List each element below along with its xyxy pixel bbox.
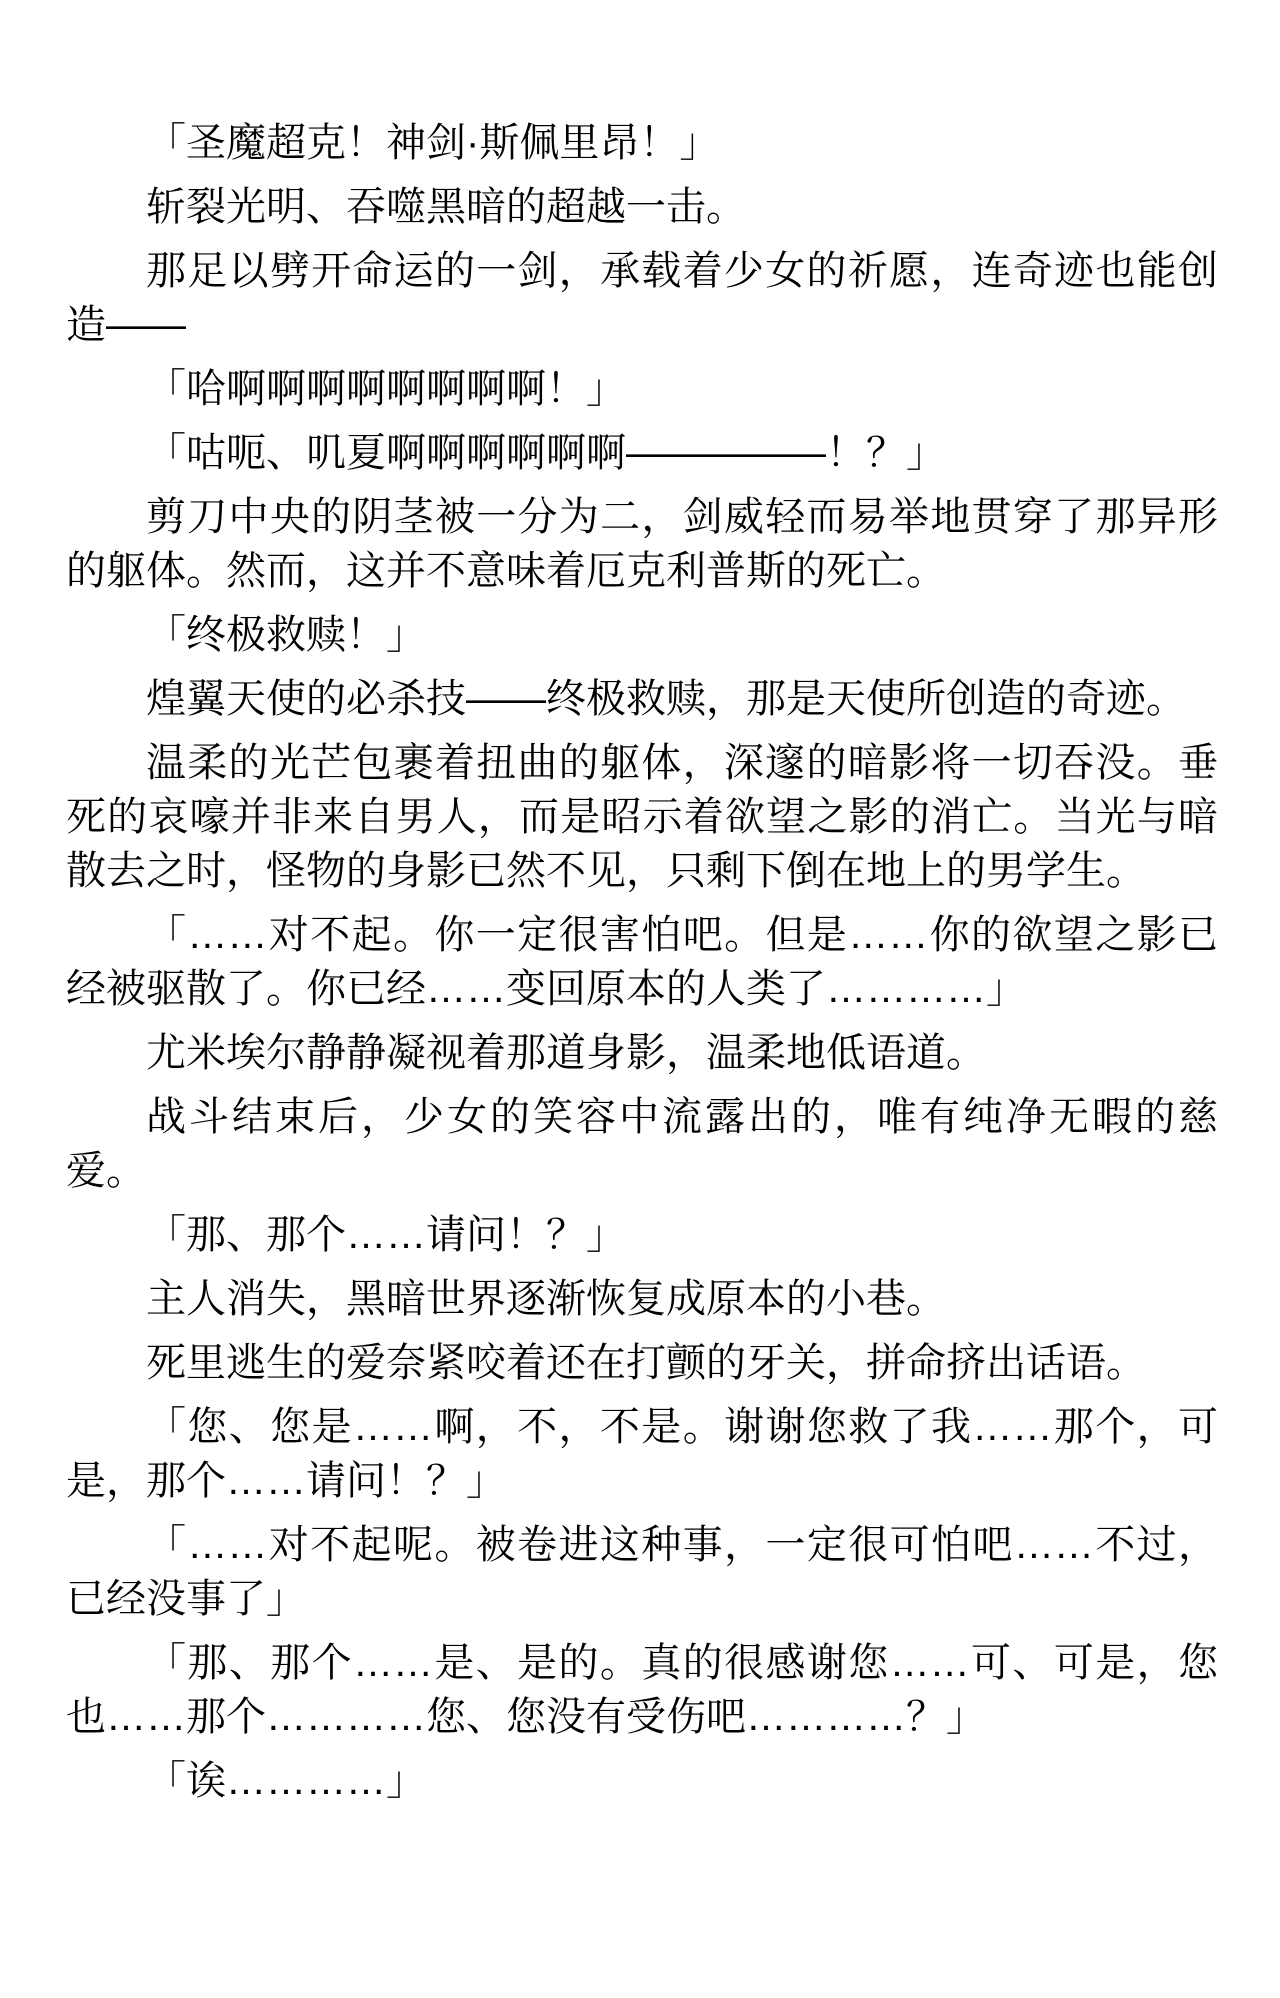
paragraph-narration-9: 温柔的光芒包裹着扭曲的躯体，深邃的暗影将一切吞没。垂死的哀嚎并非来自男人，而是昭… (66, 736, 1218, 898)
paragraph-dialogue-16: 「您、您是……啊，不，不是。谢谢您救了我……那个，可是，那个……请问！？」 (66, 1400, 1218, 1508)
paragraph-dialogue-5: 「咕呃、叽夏啊啊啊啊啊啊—————！？」 (66, 426, 1218, 480)
paragraph-narration-12: 战斗结束后，少女的笑容中流露出的，唯有纯净无暇的慈爱。 (66, 1090, 1218, 1198)
paragraph-dialogue-4: 「哈啊啊啊啊啊啊啊啊！」 (66, 362, 1218, 416)
paragraph-narration-2: 斩裂光明、吞噬黑暗的超越一击。 (66, 180, 1218, 234)
paragraph-narration-11: 尤米埃尔静静凝视着那道身影，温柔地低语道。 (66, 1026, 1218, 1080)
paragraph-dialogue-19: 「诶…………」 (66, 1754, 1218, 1808)
paragraph-dialogue-1: 「圣魔超克！神剑·斯佩里昂！」 (66, 116, 1218, 170)
paragraph-narration-14: 主人消失，黑暗世界逐渐恢复成原本的小巷。 (66, 1272, 1218, 1326)
paragraph-narration-6: 剪刀中央的阴茎被一分为二，剑威轻而易举地贯穿了那异形的躯体。然而，这并不意味着厄… (66, 490, 1218, 598)
paragraph-dialogue-17: 「……对不起呢。被卷进这种事，一定很可怕吧……不过，已经没事了」 (66, 1518, 1218, 1626)
paragraph-dialogue-18: 「那、那个……是、是的。真的很感谢您……可、可是，您也……那个…………您、您没有… (66, 1636, 1218, 1744)
text-content: 「圣魔超克！神剑·斯佩里昂！」 斩裂光明、吞噬黑暗的超越一击。 那足以劈开命运的… (66, 116, 1218, 1808)
paragraph-dialogue-13: 「那、那个……请问！？」 (66, 1208, 1218, 1262)
paragraph-narration-8: 煌翼天使的必杀技——终极救赎，那是天使所创造的奇迹。 (66, 672, 1218, 726)
paragraph-narration-3: 那足以劈开命运的一剑，承载着少女的祈愿，连奇迹也能创造—— (66, 244, 1218, 352)
paragraph-narration-15: 死里逃生的爱奈紧咬着还在打颤的牙关，拼命挤出话语。 (66, 1336, 1218, 1390)
paragraph-dialogue-7: 「终极救赎！」 (66, 608, 1218, 662)
paragraph-dialogue-10: 「……对不起。你一定很害怕吧。但是……你的欲望之影已经被驱散了。你已经……变回原… (66, 908, 1218, 1016)
novel-page: 「圣魔超克！神剑·斯佩里昂！」 斩裂光明、吞噬黑暗的超越一击。 那足以劈开命运的… (0, 0, 1280, 1998)
